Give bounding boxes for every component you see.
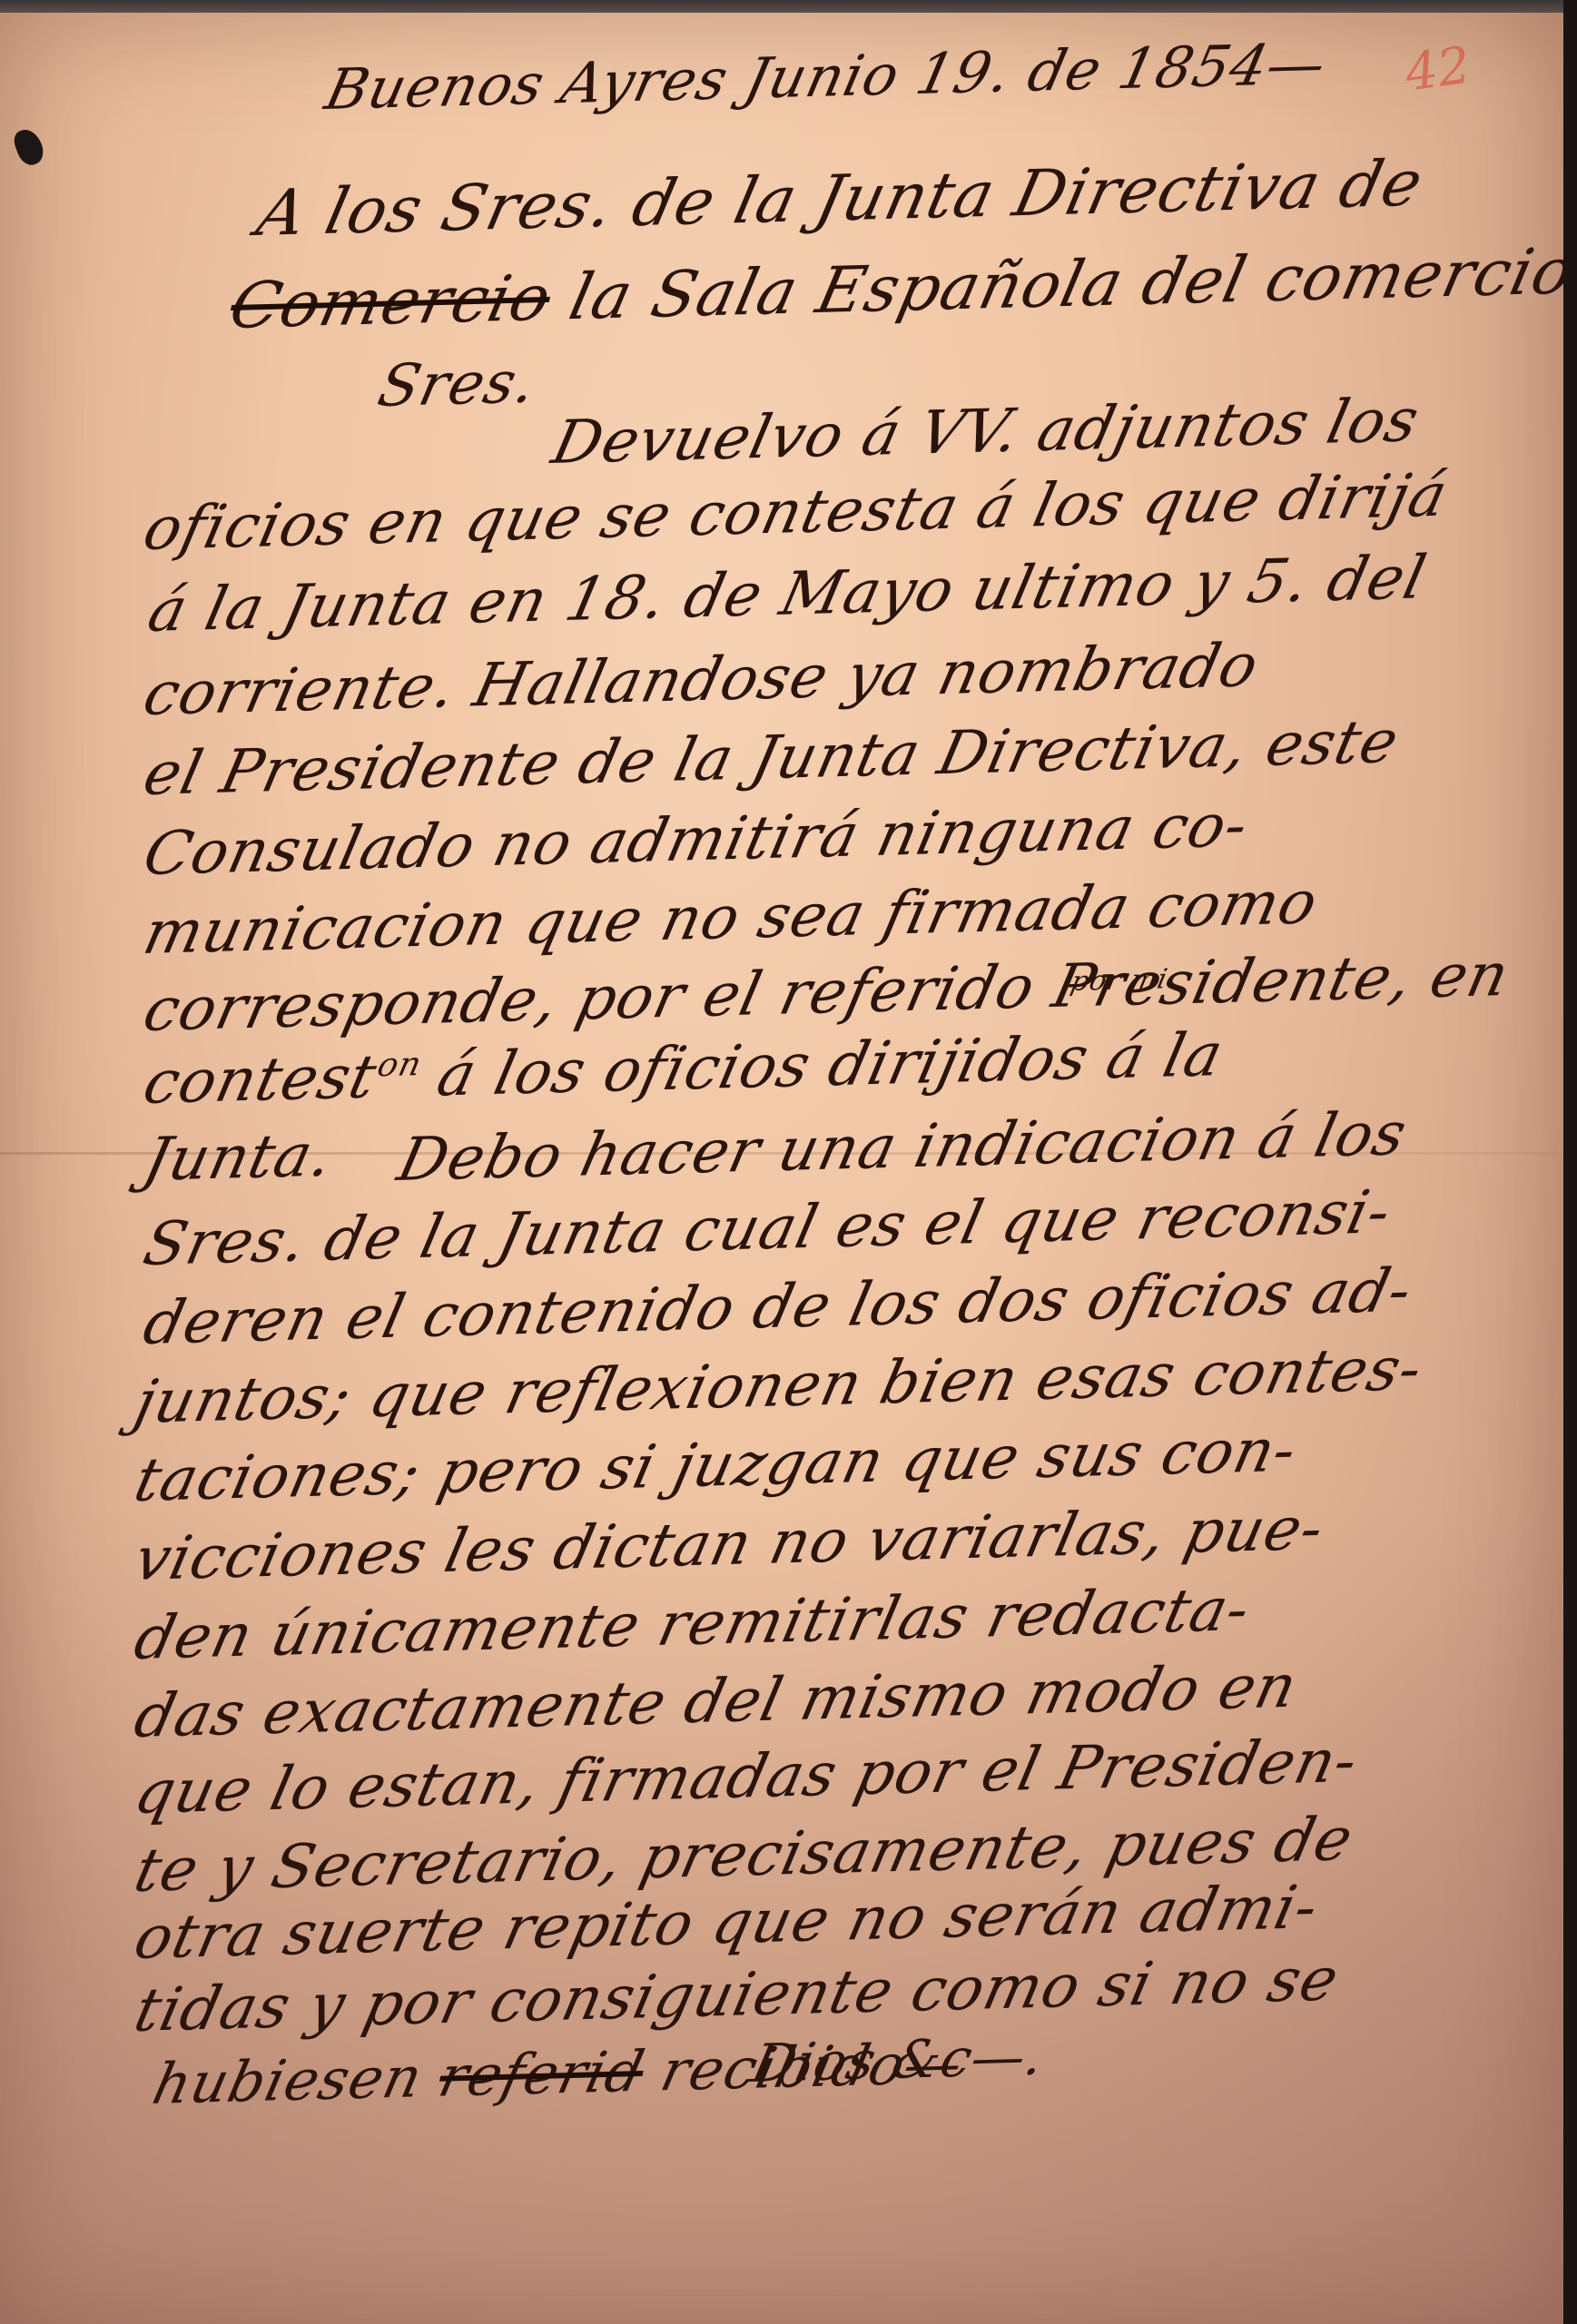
page-number-annotation: 42 — [1402, 35, 1474, 103]
address-line-1: A los Sres. de la Junta Directiva de — [251, 146, 1430, 251]
abbrev-contest: contest — [137, 1041, 383, 1118]
address-line-2-text: la Sala Española del comercio. — [563, 233, 1563, 334]
dateline: Buenos Ayres Junio 19. de 1854— — [320, 30, 1333, 123]
letter-page: 42 Buenos Ayres Junio 19. de 1854— A los… — [0, 13, 1563, 2324]
struck-word-final: referid — [433, 2038, 651, 2110]
salutation: Sres. — [372, 350, 543, 420]
scan-right-border — [1563, 0, 1577, 2324]
closing-formula: Dios &c—. — [746, 2025, 1050, 2094]
paper-hole — [11, 125, 47, 168]
body-line-10: Junta. — [137, 1120, 340, 1195]
address-line-2: Comercio la Sala Española del comercio. — [223, 233, 1563, 343]
struck-word: Comercio — [223, 261, 558, 343]
interlinear-insertion: por mi — [1068, 963, 1171, 998]
final-line-start: hubiesen — [147, 2043, 429, 2117]
scan-top-border — [0, 0, 1577, 13]
